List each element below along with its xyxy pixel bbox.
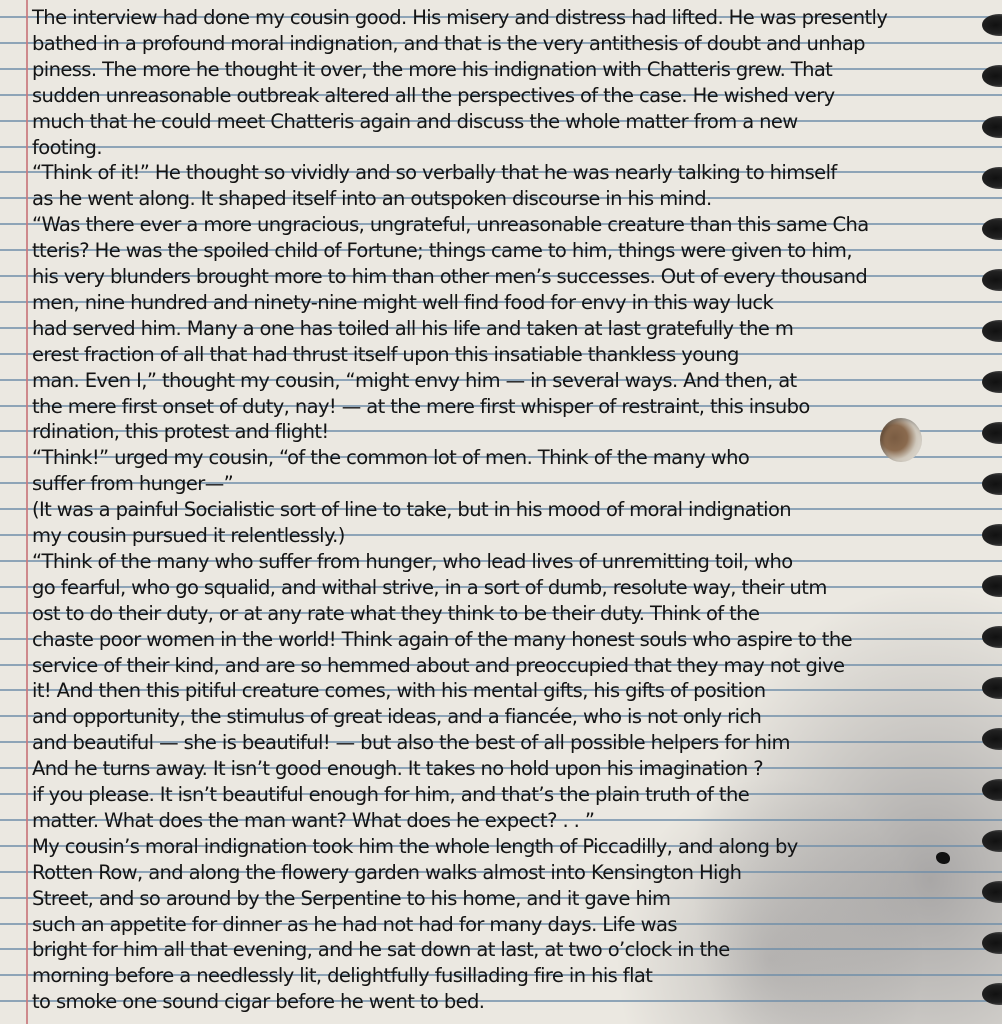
text-line: chaste poor women in the world! Think ag… (32, 628, 852, 651)
text-line: my cousin pursued it relentlessly.) (32, 524, 345, 547)
ruled-line (0, 146, 1002, 148)
text-line: such an appetite for dinner as he had no… (32, 913, 677, 936)
spiral-hole (982, 371, 1002, 393)
text-line: as he went along. It shaped itself into … (32, 187, 712, 210)
text-line: footing. (32, 136, 102, 159)
text-line: Rotten Row, and along the flowery garden… (32, 861, 741, 884)
spiral-hole (982, 932, 1002, 954)
spiral-hole (982, 473, 1002, 495)
text-line: and beautiful — she is beautiful! — but … (32, 731, 790, 754)
text-line: ost to do their duty, or at any rate wha… (32, 602, 759, 625)
text-line: “Think!” urged my cousin, “of the common… (32, 446, 749, 469)
spiral-hole (982, 779, 1002, 801)
spiral-hole (982, 167, 1002, 189)
margin-line (26, 0, 28, 1024)
text-line: his very blunders brought more to him th… (32, 265, 867, 288)
ink-blot (936, 852, 950, 864)
text-line: bright for him all that evening, and he … (32, 938, 730, 961)
text-line: tteris? He was the spoiled child of Fort… (32, 239, 852, 262)
spiral-hole (982, 626, 1002, 648)
text-line: service of their kind, and are so hemmed… (32, 654, 844, 677)
text-line: My cousin’s moral indignation took him t… (32, 835, 798, 858)
spiral-hole (982, 524, 1002, 546)
text-line: “Think of the many who suffer from hunge… (32, 550, 793, 573)
spiral-hole (982, 269, 1002, 291)
text-line: to smoke one sound cigar before he went … (32, 990, 484, 1013)
text-line: erest fraction of all that had thrust it… (32, 343, 739, 366)
spiral-hole (982, 728, 1002, 750)
text-line: bathed in a profound moral indignation, … (32, 32, 865, 55)
text-line: and opportunity, the stimulus of great i… (32, 705, 761, 728)
spiral-hole (982, 116, 1002, 138)
text-line: men, nine hundred and ninety-nine might … (32, 291, 773, 314)
text-line: had served him. Many a one has toiled al… (32, 317, 793, 340)
text-line: suffer from hunger—” (32, 472, 233, 495)
spiral-hole (982, 14, 1002, 36)
spiral-hole (982, 881, 1002, 903)
text-line: go fearful, who go squalid, and withal s… (32, 576, 827, 599)
text-line: if you please. It isn’t beautiful enough… (32, 783, 749, 806)
text-line: man. Even I,” thought my cousin, “might … (32, 369, 797, 392)
text-line: “Think of it!” He thought so vividly and… (32, 161, 837, 184)
spiral-hole (982, 830, 1002, 852)
text-line: rdination, this protest and flight! (32, 420, 329, 443)
notebook-page: The interview had done my cousin good. H… (0, 0, 1002, 1024)
text-line: morning before a needlessly lit, delight… (32, 964, 652, 987)
spiral-hole (982, 575, 1002, 597)
spiral-hole (982, 677, 1002, 699)
punch-hole (880, 418, 922, 462)
text-line: Street, and so around by the Serpentine … (32, 887, 670, 910)
text-line: matter. What does the man want? What doe… (32, 809, 594, 832)
text-line: And he turns away. It isn’t good enough.… (32, 757, 763, 780)
text-line: it! And then this pitiful creature comes… (32, 679, 766, 702)
spiral-hole (982, 218, 1002, 240)
text-line: piness. The more he thought it over, the… (32, 58, 832, 81)
spiral-hole (982, 65, 1002, 87)
text-line: the mere first onset of duty, nay! — at … (32, 395, 810, 418)
text-line: (It was a painful Socialistic sort of li… (32, 498, 791, 521)
spiral-hole (982, 422, 1002, 444)
text-line: The interview had done my cousin good. H… (32, 6, 887, 29)
text-line: “Was there ever a more ungracious, ungra… (32, 213, 869, 236)
text-line: much that he could meet Chatteris again … (32, 110, 798, 133)
spiral-hole (982, 320, 1002, 342)
text-line: sudden unreasonable outbreak altered all… (32, 84, 835, 107)
